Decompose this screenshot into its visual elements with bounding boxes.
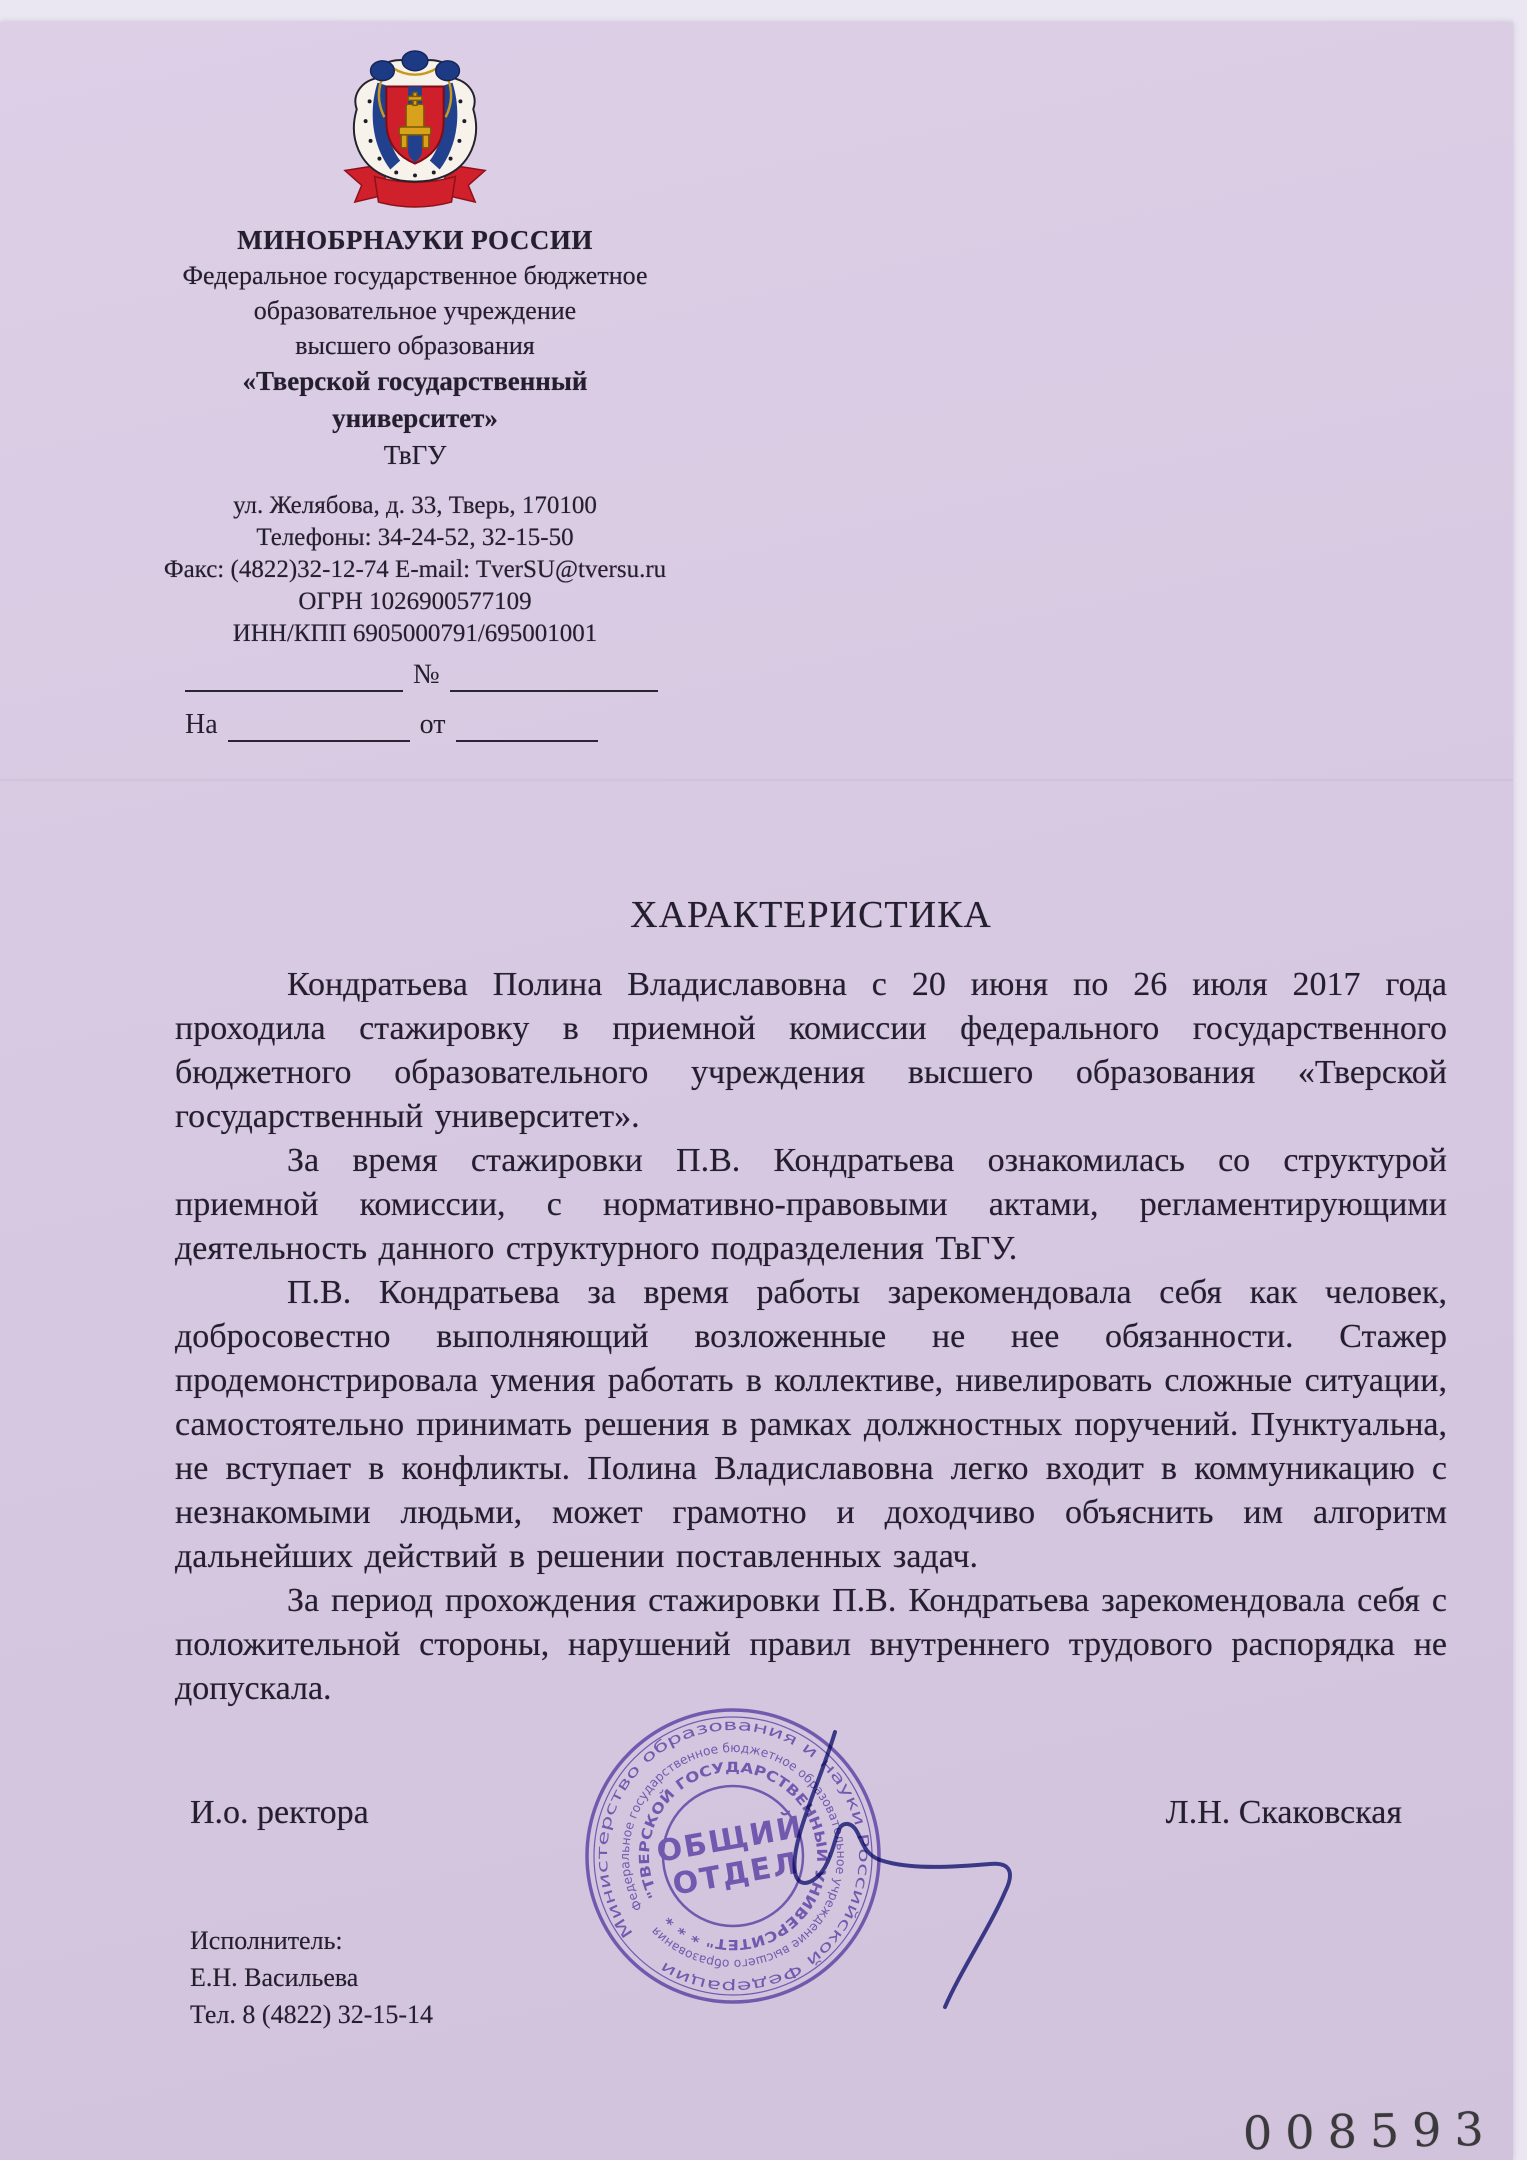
letterhead: МИНОБРНАУКИ РОССИИ Федеральное государст… xyxy=(85,50,745,650)
executor-block: Исполнитель: Е.Н. Васильева Тел. 8 (4822… xyxy=(190,1922,433,2033)
executor-phone: Тел. 8 (4822) 32-15-14 xyxy=(190,1996,433,2033)
signer-name: Л.Н. Скаковская xyxy=(1166,1794,1402,1832)
scanned-document: { "letterhead": { "ministry": "МИНОБРНАУ… xyxy=(0,0,1527,2160)
org-line-3: высшего образования xyxy=(85,328,745,363)
serial-number-stamp: 008593 xyxy=(1243,2102,1498,2160)
ogrn-line: ОГРН 1026900577109 xyxy=(85,586,745,618)
org-line-2: образовательное учреждение xyxy=(85,293,745,328)
blank-line xyxy=(185,656,403,692)
blank-line xyxy=(450,656,658,692)
paragraph-1: Кондратьева Полина Владиславовна с 20 ию… xyxy=(175,963,1447,1139)
paragraph-4: За период прохождения стажировки П.В. Ко… xyxy=(175,1579,1447,1711)
blank-line xyxy=(228,706,410,742)
number-sign-label: № xyxy=(403,658,450,692)
paragraph-3: П.В. Кондратьева за время работы зареком… xyxy=(175,1271,1447,1579)
ref-row-reply: На от xyxy=(185,700,665,742)
paragraph-2: За время стажировки П.В. Кондратьева озн… xyxy=(175,1139,1447,1271)
paper-sheet: МИНОБРНАУКИ РОССИИ Федеральное государст… xyxy=(0,22,1513,2160)
org-name-line-2: университет» xyxy=(85,400,745,437)
executor-name: Е.Н. Васильева xyxy=(190,1959,433,1996)
reference-lines: № На от xyxy=(185,650,665,742)
ministry-name: МИНОБРНАУКИ РОССИИ xyxy=(85,222,745,258)
fax-email-line: Факс: (4822)32-12-74 E-mail: TverSU@tver… xyxy=(85,554,745,586)
phones-line: Телефоны: 34-24-52, 32-15-50 xyxy=(85,522,745,554)
na-label: На xyxy=(185,708,228,742)
contact-block: ул. Желябова, д. 33, Тверь, 170100 Телеф… xyxy=(85,490,745,650)
paper-crease xyxy=(0,778,1513,782)
blank-line xyxy=(456,706,598,742)
inn-kpp-line: ИНН/КПП 6905000791/695001001 xyxy=(85,618,745,650)
org-abbreviation: ТвГУ xyxy=(85,437,745,473)
tver-coat-of-arms-icon xyxy=(340,50,490,208)
address-line: ул. Желябова, д. 33, Тверь, 170100 xyxy=(85,490,745,522)
signer-position: И.о. ректора xyxy=(190,1794,369,1832)
handwritten-signature xyxy=(755,1700,1045,2020)
document-body: ХАРАКТЕРИСТИКА Кондратьева Полина Владис… xyxy=(175,893,1447,1711)
document-title: ХАРАКТЕРИСТИКА xyxy=(175,893,1447,937)
ref-row-number: № xyxy=(185,650,665,692)
ot-label: от xyxy=(410,708,456,742)
executor-label: Исполнитель: xyxy=(190,1922,433,1959)
org-name-line-1: «Тверской государственный xyxy=(85,363,745,400)
org-line-1: Федеральное государственное бюджетное xyxy=(85,258,745,293)
